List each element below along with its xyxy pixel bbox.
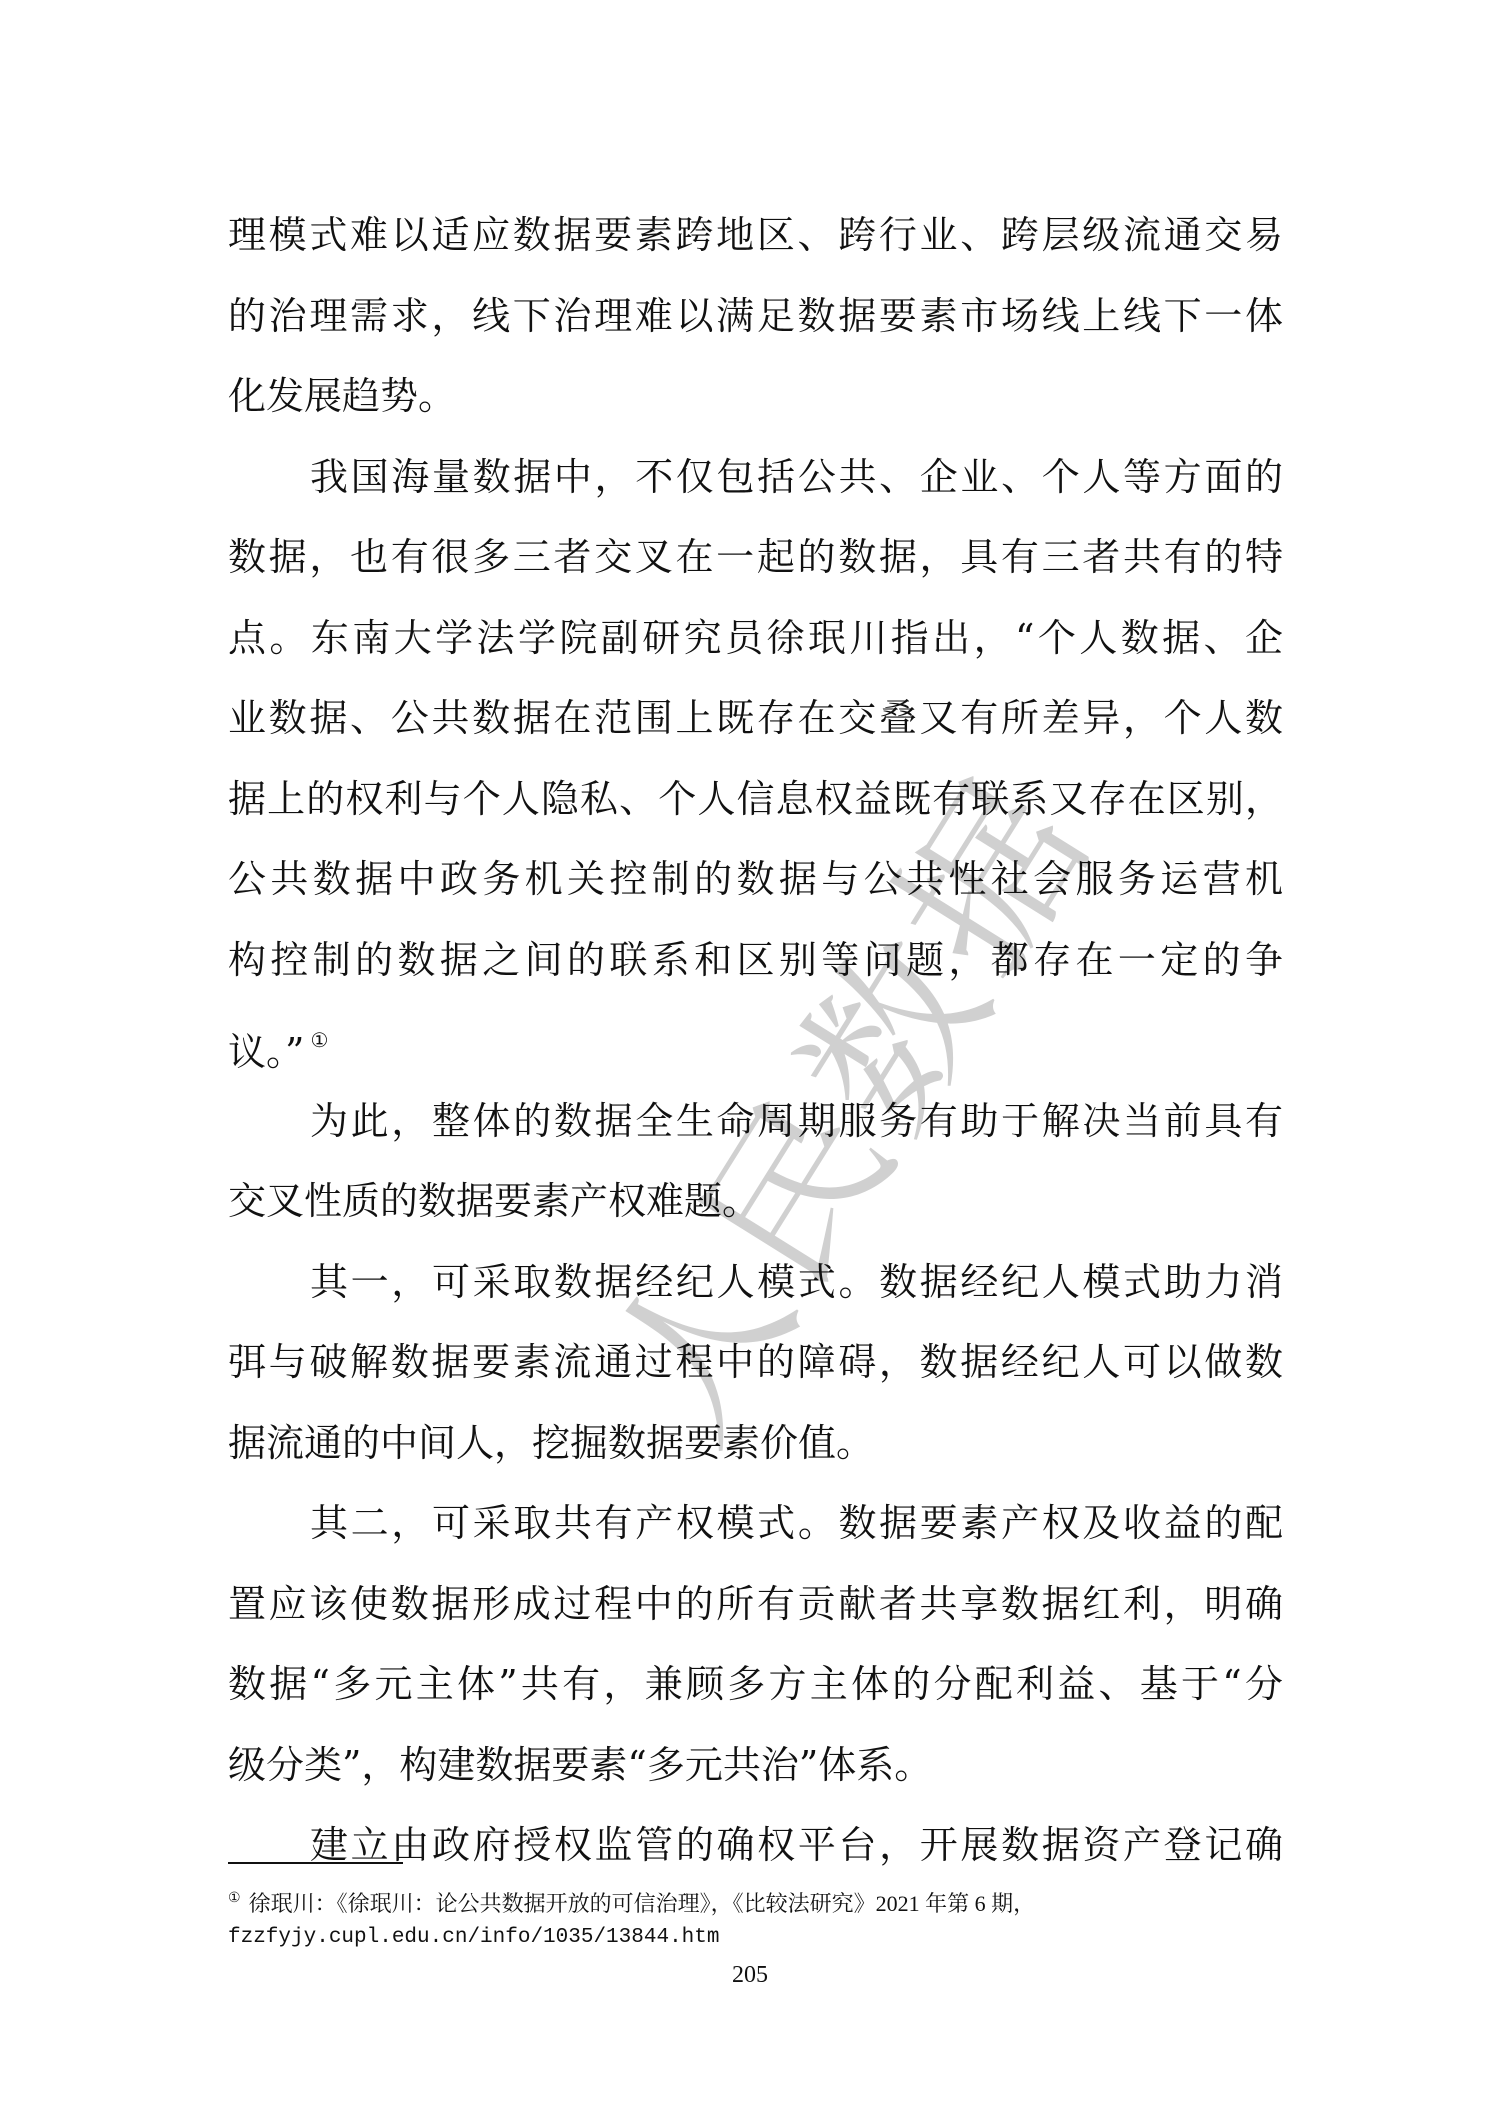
text-line: 级分类”，构建数据要素“多元共治”体系。 bbox=[228, 1725, 1283, 1806]
footnote-mark: ① bbox=[228, 1891, 241, 1906]
text-line: 置应该使数据形成过程中的所有贡献者共享数据红利，明确 bbox=[228, 1564, 1283, 1645]
text-line: 的治理需求，线下治理难以满足数据要素市场线上线下一体 bbox=[228, 276, 1283, 357]
footnote-citation: 徐珉川：《徐珉川：论公共数据开放的可信治理》，《比较法研究》2021 年第 6 … bbox=[249, 1891, 1036, 1916]
footnote-reference[interactable]: ① bbox=[310, 1028, 328, 1052]
text-line: 公共数据中政务机关控制的数据与公共性社会服务运营机 bbox=[228, 839, 1283, 920]
text-line: 议。”① bbox=[228, 1000, 1283, 1081]
footnote-url[interactable]: fzzfyjy.cupl.edu.cn/info/1035/13844.htm bbox=[228, 1921, 1288, 1955]
text-line: 数据“多元主体”共有，兼顾多方主体的分配利益、基于“分 bbox=[228, 1644, 1283, 1725]
text-line: 弭与破解数据要素流通过程中的障碍，数据经纪人可以做数 bbox=[228, 1322, 1283, 1403]
page-number: 205 bbox=[0, 1962, 1500, 1989]
text-line: 化发展趋势。 bbox=[228, 356, 1283, 437]
text-line: 其一，可采取数据经纪人模式。数据经纪人模式助力消 bbox=[228, 1242, 1283, 1323]
text-line: 理模式难以适应数据要素跨地区、跨行业、跨层级流通交易 bbox=[228, 195, 1283, 276]
text-line: 据流通的中间人，挖掘数据要素价值。 bbox=[228, 1403, 1283, 1484]
body-text: 理模式难以适应数据要素跨地区、跨行业、跨层级流通交易 的治理需求，线下治理难以满… bbox=[228, 195, 1283, 1886]
text-line: 其二，可采取共有产权模式。数据要素产权及收益的配 bbox=[228, 1483, 1283, 1564]
text-line: 据上的权利与个人隐私、个人信息权益既有联系又存在区别， bbox=[228, 759, 1283, 840]
text-line: 交叉性质的数据要素产权难题。 bbox=[228, 1161, 1283, 1242]
text-line: 建立由政府授权监管的确权平台，开展数据资产登记确 bbox=[228, 1805, 1283, 1886]
text-line: 为此，整体的数据全生命周期服务有助于解决当前具有 bbox=[228, 1081, 1283, 1162]
footnote: ①徐珉川：《徐珉川：论公共数据开放的可信治理》，《比较法研究》2021 年第 6… bbox=[228, 1882, 1288, 1955]
text-line: 我国海量数据中，不仅包括公共、企业、个人等方面的 bbox=[228, 437, 1283, 518]
document-page: 人民数据 理模式难以适应数据要素跨地区、跨行业、跨层级流通交易 的治理需求，线下… bbox=[0, 0, 1500, 2121]
text-line: 构控制的数据之间的联系和区别等问题，都存在一定的争 bbox=[228, 920, 1283, 1001]
text-line: 点。东南大学法学院副研究员徐珉川指出，“个人数据、企 bbox=[228, 598, 1283, 679]
text-line: 业数据、公共数据在范围上既存在交叠又有所差异，个人数 bbox=[228, 678, 1283, 759]
text-line: 数据，也有很多三者交叉在一起的数据，具有三者共有的特 bbox=[228, 517, 1283, 598]
